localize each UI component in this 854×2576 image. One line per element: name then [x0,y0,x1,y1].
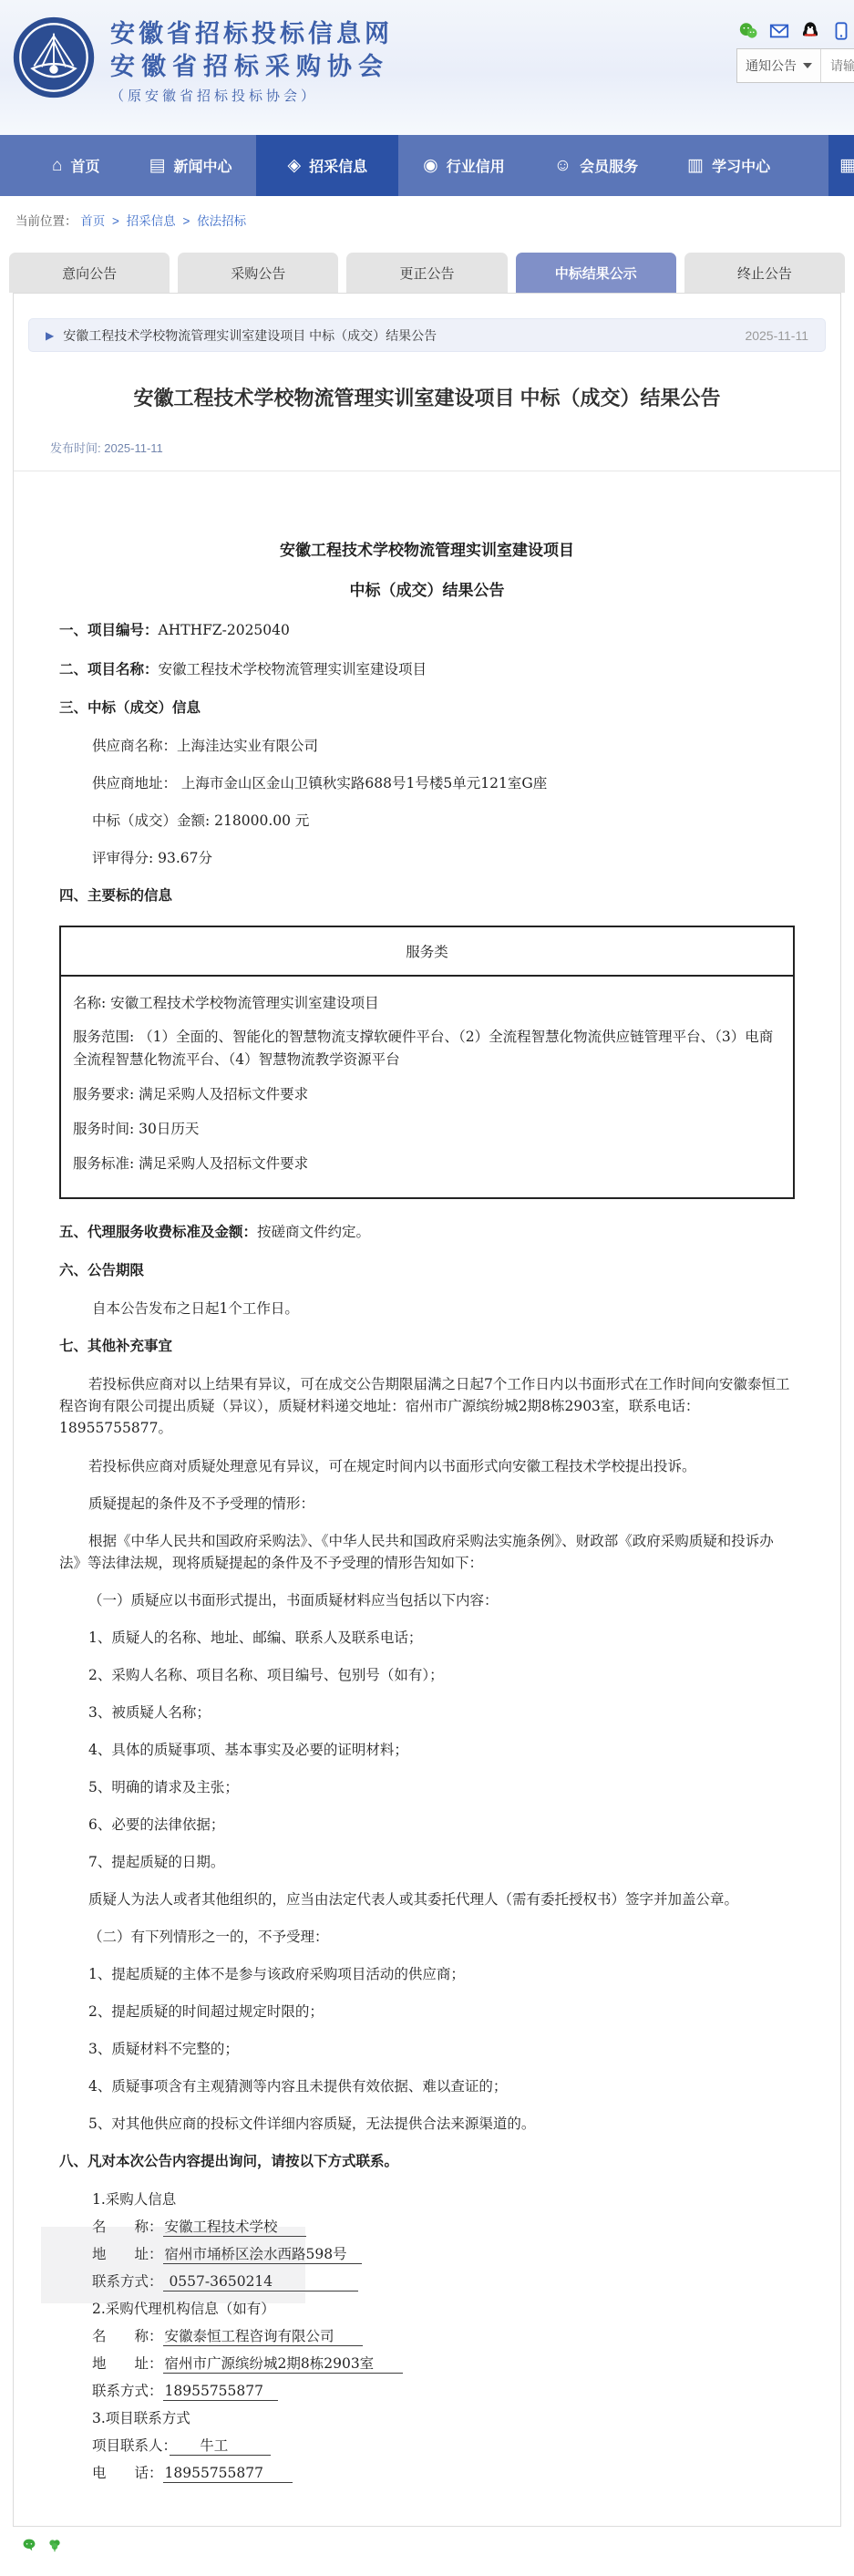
content-card: ▶ 安徽工程技术学校物流管理实训室建设项目 中标（成交）结果公告 2025-11… [13,293,841,2527]
breadcrumb-separator: > [182,214,190,228]
article-line: 供应商地址： 上海市金山区金山卫镇秋实路688号1号楼5单元121室G座 [92,772,795,794]
site-title-line2: 安徽省招标采购协会 [110,51,393,83]
association-logo-icon [11,15,97,100]
brand-text: 安徽省招标投标信息网 安徽省招标采购协会 （原安徽省招标投标协会） [110,5,393,105]
article-line: 2.采购代理机构信息（如有） [92,2298,795,2320]
article-line: 2、提起质疑的时间超过规定时限的； [59,2001,795,2023]
article-line: 中标（成交）金额: 218000.00 元 [92,810,795,832]
article-line: 7、提起质疑的日期。 [59,1851,795,1873]
breadcrumb-link-home[interactable]: 首页 [80,214,105,228]
site-title-line1: 安徽省招标投标信息网 [110,18,393,51]
article-line: 六、公告期限 [59,1259,795,1282]
page: 安徽省招标投标信息网 安徽省招标采购协会 （原安徽省招标投标协会） 通知公告 [0,0,854,2576]
news-doc-icon: ▤ [149,157,166,174]
nav-item-more[interactable]: ▦ [828,135,854,196]
article-line: 供应商名称：上海洼达实业有限公司 [92,735,795,757]
article-line: 中标（成交）结果公告 [59,579,795,603]
qq-icon[interactable] [800,21,820,41]
tab-purchase[interactable]: 采购公告 [178,253,338,293]
breadcrumb-prefix: 当前位置： [15,214,77,228]
learning-book-icon: ▥ [687,157,704,174]
article-line: 质疑人为法人或者其他组织的，应当由法定代表人或其委托代理人（需有委托授权书）签字… [59,1888,795,1910]
grid-icon: ▦ [839,157,854,174]
article-line: 电 话：18955755877 [92,2462,795,2484]
article-line: （一）质疑应以书面形式提出，书面质疑材料应当包括以下内容： [59,1589,795,1611]
article-line: 四、主要标的信息 [59,885,795,907]
table-line: 服务时间: 30日历天 [73,1118,781,1141]
mobile-icon[interactable] [831,21,851,41]
article-line: 地 址：宿州市广源缤纷城2期8栋2903室 [92,2353,795,2374]
bid-layers-icon: ◈ [287,157,301,174]
article-line: 根据《中华人民共和国政府采购法》、《中华人民共和国政府采购法实施条例》、财政部《… [59,1530,795,1574]
article-line: 项目联系人： 牛工 [92,2435,795,2457]
quick-contact-icons [738,21,851,41]
announcement-date: 2025-11-11 [745,328,808,343]
article-line: 二、项目名称：安徽工程技术学校物流管理实训室建设项目 [59,658,795,681]
article-line: 联系方式： 0557-3650214 [92,2271,795,2292]
brand: 安徽省招标投标信息网 安徽省招标采购协会 （原安徽省招标投标协会） [11,5,393,105]
subject-info-table: 服务类 名称: 安徽工程技术学校物流管理实训室建设项目 服务范围: （1）全面的… [59,926,795,1200]
article-bottom-lines: 五、代理服务收费标准及金额：按磋商文件约定。 六、公告期限 自本公告发布之日起1… [59,1221,795,2484]
member-people-icon: ☺ [554,157,571,174]
page-title: 安徽工程技术学校物流管理实训室建设项目 中标（成交）结果公告 [39,385,815,413]
article-line: 若投标供应商对质疑处理意见有异议，可在规定时间内以书面形式向安徽工程技术学校提出… [59,1455,795,1477]
article-line: 3、被质疑人名称； [59,1702,795,1723]
article-line: 联系方式：18955755877 [92,2380,795,2402]
nav-item-bidding[interactable]: ◈ 招采信息 [256,135,398,196]
article-line: 三、中标（成交）信息 [59,697,795,719]
table-line: 服务要求: 满足采购人及招标文件要求 [73,1083,781,1106]
breadcrumb-link-bidding[interactable]: 招采信息 [127,214,176,228]
wechat-icon[interactable] [738,21,758,41]
publish-time: 发布时间: 2025-11-11 [50,439,840,456]
article-line: 评审得分: 93.67分 [92,847,795,869]
table-line: 服务范围: （1）全面的、智能化的智慧物流支撑软硬件平台、（2）全流程智慧化物流… [73,1026,781,1071]
article-line: 八、凡对本次公告内容提出询问，请按以下方式联系。 [59,2150,795,2173]
article-line: 一、项目编号：AHTHFZ-2025040 [59,619,795,642]
article-line: 质疑提起的条件及不予受理的情形： [59,1493,795,1515]
breadcrumb-separator: > [112,214,119,228]
announcement-list-item[interactable]: ▶ 安徽工程技术学校物流管理实训室建设项目 中标（成交）结果公告 2025-11… [28,318,826,352]
nav-item-learning[interactable]: ▥ 学习中心 [663,135,795,196]
breadcrumb-link-lawful-bidding[interactable]: 依法招标 [197,214,246,228]
article-line: 6、必要的法律依据； [59,1814,795,1836]
article-line: 5、明确的请求及主张； [59,1776,795,1798]
article-line: 地 址：宿州市埇桥区浍水西路598号 [92,2243,795,2265]
nav-item-news[interactable]: ▤ 新闻中心 [125,135,257,196]
breadcrumb: 当前位置： 首页 > 招采信息 > 依法招标 [0,196,854,229]
article-line: 安徽工程技术学校物流管理实训室建设项目 [59,539,795,563]
article-line: 自本公告发布之日起1个工作日。 [92,1298,795,1319]
table-line: 名称: 安徽工程技术学校物流管理实训室建设项目 [73,992,781,1015]
article-line: 名 称：安徽工程技术学校 [92,2216,795,2238]
table-body: 名称: 安徽工程技术学校物流管理实训室建设项目 服务范围: （1）全面的、智能化… [61,977,793,1198]
search-bar: 通知公告 [736,48,854,83]
table-line: 服务标准: 满足采购人及招标文件要求 [73,1153,781,1175]
article-line: 5、对其他供应商的投标文件详细内容质疑，无法提供合法来源渠道的。 [59,2113,795,2135]
article-line: （二）有下列情形之一的，不予受理： [59,1926,795,1948]
chat-float-icon[interactable] [22,2538,37,2552]
search-category-select[interactable]: 通知公告 [737,49,821,82]
home-icon: ⌂ [52,157,62,174]
mail-icon[interactable] [769,21,789,41]
article-line: 1、质疑人的名称、地址、邮编、联系人及联系电话； [59,1627,795,1649]
article-line: 2、采购人名称、项目名称、项目编号、包别号（如有）； [59,1664,795,1686]
article-line: 3.项目联系方式 [92,2407,795,2429]
article-line: 七、其他补充事宜 [59,1335,795,1358]
article-line: 1、提起质疑的主体不是参与该政府采购项目活动的供应商； [59,1963,795,1985]
nav-item-credit[interactable]: ◉ 行业信用 [398,135,530,196]
credit-medal-icon: ◉ [423,157,438,174]
tab-intent[interactable]: 意向公告 [9,253,170,293]
search-input[interactable] [821,49,854,82]
chevron-down-icon [803,63,812,68]
article-body: 安徽工程技术学校物流管理实训室建设项目 中标（成交）结果公告 一、项目编号：AH… [14,471,840,2484]
article-top-lines: 安徽工程技术学校物流管理实训室建设项目 中标（成交）结果公告 一、项目编号：AH… [59,539,795,907]
article-line: 1.采购人信息 [92,2188,795,2210]
nav-item-home[interactable]: ⌂ 首页 [27,135,125,196]
search-category-label: 通知公告 [746,57,797,75]
table-header-service-category: 服务类 [61,927,793,977]
tab-result[interactable]: 中标结果公示 [516,253,676,293]
site-title-line3: （原安徽省招标投标协会） [110,86,393,105]
nav-item-member[interactable]: ☺ 会员服务 [530,135,663,196]
article-line: 4、具体的质疑事项、基本事实及必要的证明材料； [59,1739,795,1761]
announcement-tabs: 意向公告 采购公告 更正公告 中标结果公示 终止公告 [9,253,845,293]
article-line: 若投标供应商对以上结果有异议，可在成交公告期限届满之日起7个工作日内以书面形式在… [59,1373,795,1439]
site-header: 安徽省招标投标信息网 安徽省招标采购协会 （原安徽省招标投标协会） 通知公告 [0,0,854,135]
article-line: 3、质疑材料不完整的； [59,2038,795,2060]
article-line: 五、代理服务收费标准及金额：按磋商文件约定。 [59,1221,795,1244]
triangle-bullet-icon: ▶ [46,330,54,341]
footer-float-icons [22,2538,63,2552]
main-nav: ⌂ 首页 ▤ 新闻中心 ◈ 招采信息 ◉ 行业信用 ☺ 会员服务 [0,135,854,196]
tab-termination[interactable]: 终止公告 [684,253,845,293]
announcement-title-link: 安徽工程技术学校物流管理实训室建设项目 中标（成交）结果公告 [63,326,745,345]
clover-float-icon[interactable] [47,2538,63,2552]
article-line: 4、质疑事项含有主观猜测等内容且未提供有效依据、难以查证的； [59,2075,795,2097]
tab-correction[interactable]: 更正公告 [346,253,507,293]
article-line: 名 称：安徽泰恒工程咨询有限公司 [92,2325,795,2347]
